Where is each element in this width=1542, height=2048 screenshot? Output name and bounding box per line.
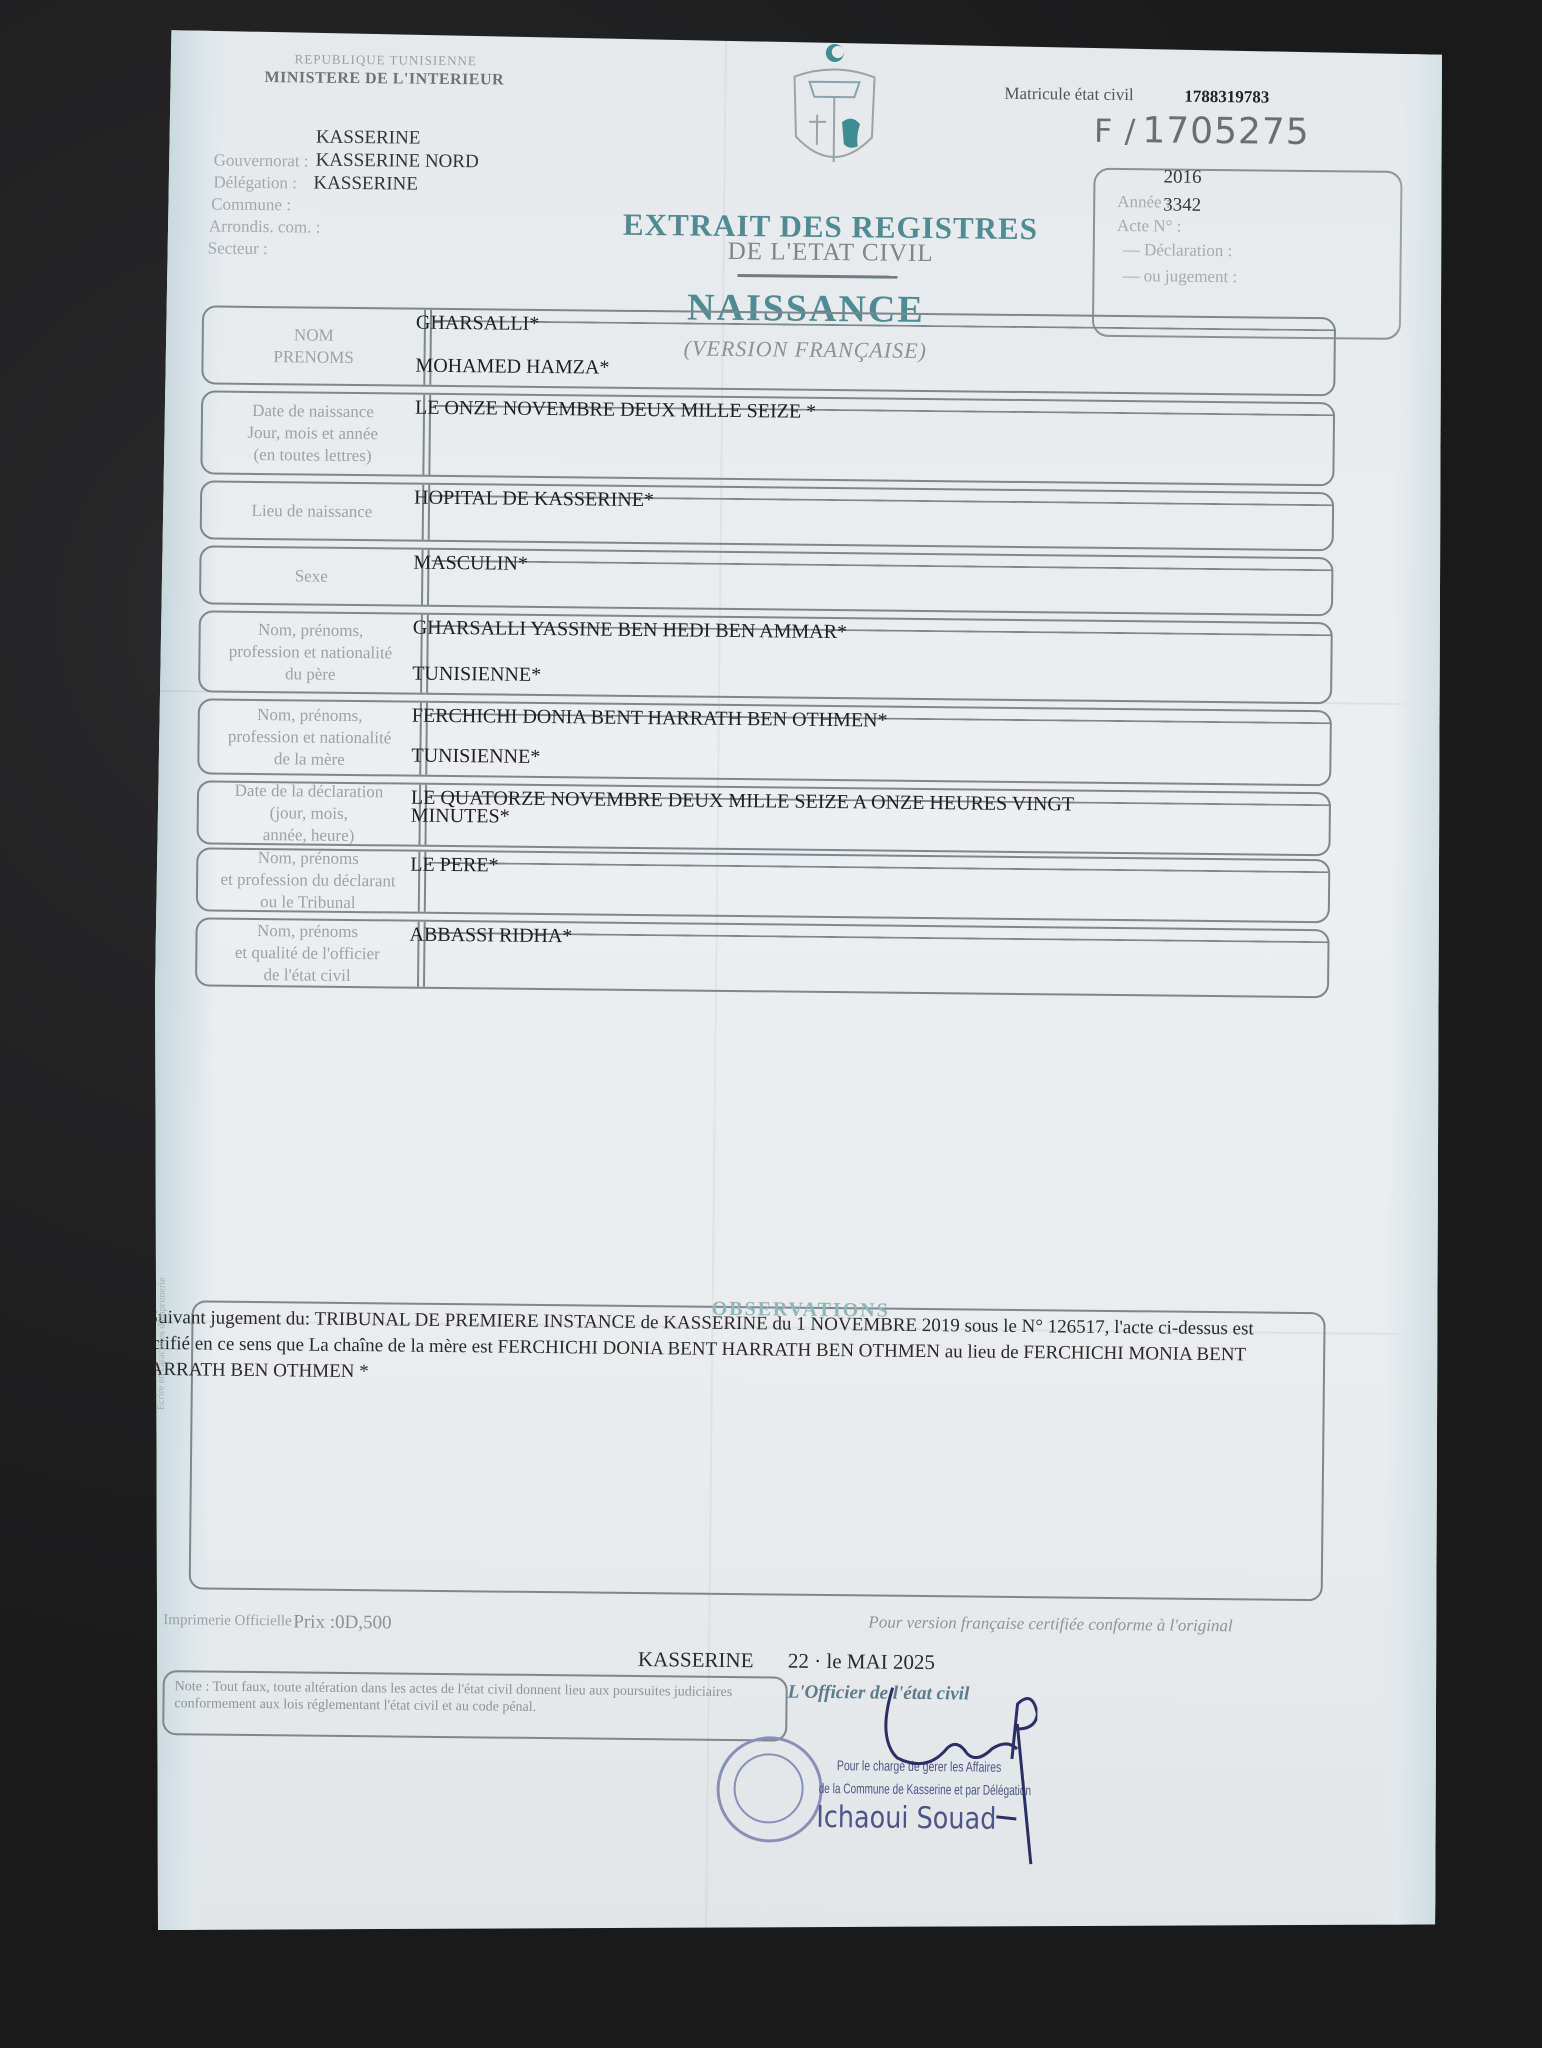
label-line: PRENOMS xyxy=(273,346,354,369)
label-line: du père xyxy=(285,663,336,686)
form-row-value: LE QUATORZE NOVEMBRE DEUX MILLE SEIZE A … xyxy=(411,787,1074,817)
declaration-label: — Déclaration : xyxy=(1123,240,1233,261)
form-row: Nom, prénoms,profession et nationalitédu… xyxy=(198,610,1333,704)
form-row-value: MOHAMED HAMZA* xyxy=(415,355,609,380)
label-line: et qualité de l'officier xyxy=(235,941,380,965)
handwritten-signature-icon xyxy=(866,1667,1038,1869)
form-row-value: MASCULIN* xyxy=(413,552,528,576)
admin-label: Délégation : xyxy=(213,173,297,194)
label-line: Lieu de naissance xyxy=(251,499,372,522)
row-inner-border xyxy=(434,320,1336,331)
label-line: Nom, prénoms, xyxy=(257,704,363,727)
annee-value: 2016 xyxy=(1163,166,1201,188)
label-line: NOM xyxy=(294,324,334,346)
printer-label: Imprimerie Officielle xyxy=(163,1612,292,1630)
form-row-value: TUNISIENNE* xyxy=(411,745,540,769)
label-line: Date de naissance xyxy=(252,400,374,423)
form-row-value: LE PERE* xyxy=(410,854,499,878)
admin-value: KASSERINE xyxy=(316,127,421,150)
form-row-value: MINUTES* xyxy=(411,805,510,829)
label-line: Sexe xyxy=(295,565,328,587)
document-subtitle: DE L'ETAT CIVIL xyxy=(728,238,934,268)
matricule-value: 1788319783 xyxy=(1184,87,1269,108)
birth-certificate-document: REPUBLIQUE TUNISIENNE MINISTERE DE L'INT… xyxy=(145,30,1455,1943)
label-line: de l'état civil xyxy=(263,964,350,987)
form-row: Date de la déclaration(jour, mois,année,… xyxy=(196,780,1331,856)
form-row: NOMPRENOMSGHARSALLI*MOHAMED HAMZA* xyxy=(201,305,1336,396)
label-line: année, heure) xyxy=(263,824,355,847)
form-row-label: Date de naissanceJour, mois et année(en … xyxy=(202,392,425,474)
side-note: Ecrire en caractères d'imprimerie xyxy=(156,1277,168,1410)
form-row-label: Nom, prénoms,profession et nationalitédu… xyxy=(200,612,423,692)
form-row: Date de naissanceJour, mois et année(en … xyxy=(200,390,1335,486)
jugement-label: — ou jugement : xyxy=(1122,266,1237,287)
form-row-value: GHARSALLI YASSINE BEN HEDI BEN AMMAR* xyxy=(413,617,847,645)
admin-value: KASSERINE xyxy=(313,173,418,196)
label-line: de la mère xyxy=(274,748,345,771)
admin-label: Arrondis. com. : xyxy=(209,216,321,237)
form-row-value: ABBASSI RIDHA* xyxy=(409,924,572,949)
form-number: F /1705275 xyxy=(1094,110,1310,153)
form-row-value: TUNISIENNE* xyxy=(412,663,541,687)
price-label: Prix :0D,500 xyxy=(293,1611,391,1634)
label-line: profession et nationalité xyxy=(228,726,392,750)
form-row-label: NOMPRENOMS xyxy=(203,307,426,384)
form-row-label: Lieu de naissance xyxy=(202,482,425,539)
observations-text: - Suivant jugement du: TRIBUNAL DE PREMI… xyxy=(136,1305,1287,1395)
label-line: ou le Tribunal xyxy=(260,891,356,914)
admin-label: Secteur : xyxy=(208,238,268,259)
form-row: Nom, prénomset qualité de l'officierde l… xyxy=(195,917,1330,998)
row-inner-border xyxy=(431,560,1333,571)
row-inner-border xyxy=(428,862,1330,873)
form-row-label: Nom, prénoms,profession et nationalitéde… xyxy=(199,700,422,774)
label-line: profession et nationalité xyxy=(229,641,393,665)
issue-place: KASSERINE xyxy=(638,1647,754,1673)
label-line: Nom, prénoms, xyxy=(258,619,364,642)
form-row-value: GHARSALLI* xyxy=(416,312,540,336)
form-row-value: LE ONZE NOVEMBRE DEUX MILLE SEIZE * xyxy=(415,397,816,424)
label-line: et profession du déclarant xyxy=(220,869,395,893)
legal-note: Note : Tout faux, toute altération dans … xyxy=(162,1670,788,1742)
acte-value: 3342 xyxy=(1163,194,1201,216)
admin-label: Commune : xyxy=(211,194,291,215)
label-line: Jour, mois et année xyxy=(247,422,378,445)
acte-info-box: 2016 Année : 3342 Acte N° : — Déclaratio… xyxy=(1092,168,1403,340)
form-row-value: HOPITAL DE KASSERINE* xyxy=(414,487,654,513)
form-row-label: Sexe xyxy=(201,547,424,604)
admin-label: Gouvernorat : xyxy=(214,151,309,172)
form-row: Nom, prénomset profession du déclarantou… xyxy=(196,847,1331,923)
ministry-label: MINISTERE DE L'INTERIEUR xyxy=(264,69,504,90)
certification-text: Pour version française certifiée conform… xyxy=(868,1612,1233,1636)
form-row-label: Nom, prénomset profession du déclarantou… xyxy=(198,849,421,911)
title-underline xyxy=(737,274,897,279)
republic-label: REPUBLIQUE TUNISIENNE xyxy=(295,51,477,69)
label-line: Date de la déclaration xyxy=(235,780,384,804)
form-row-label: Date de la déclaration(jour, mois,année,… xyxy=(198,782,421,844)
official-stamp-icon xyxy=(716,1736,823,1843)
acte-label: Acte N° : xyxy=(1117,216,1182,237)
tunisia-coat-of-arms-icon xyxy=(783,36,884,177)
form-row-value: FERCHICHI DONIA BENT HARRATH BEN OTHMEN* xyxy=(412,705,888,733)
form-row: Lieu de naissanceHOPITAL DE KASSERINE* xyxy=(200,480,1335,551)
label-line: Nom, prénoms xyxy=(257,920,358,943)
label-line: (en toutes lettres) xyxy=(253,444,371,467)
admin-value: KASSERINE NORD xyxy=(316,150,479,174)
form-prefix: F / xyxy=(1094,112,1137,150)
form-row: Nom, prénoms,profession et nationalitéde… xyxy=(197,698,1332,786)
label-line: (jour, mois, xyxy=(270,802,348,825)
form-row: SexeMASCULIN* xyxy=(199,545,1334,616)
label-line: Nom, prénoms xyxy=(258,847,359,870)
matricule-label: Matricule état civil xyxy=(1004,84,1134,105)
form-row-label: Nom, prénomset qualité de l'officierde l… xyxy=(197,919,420,986)
form-number-value: 1705275 xyxy=(1142,110,1310,153)
